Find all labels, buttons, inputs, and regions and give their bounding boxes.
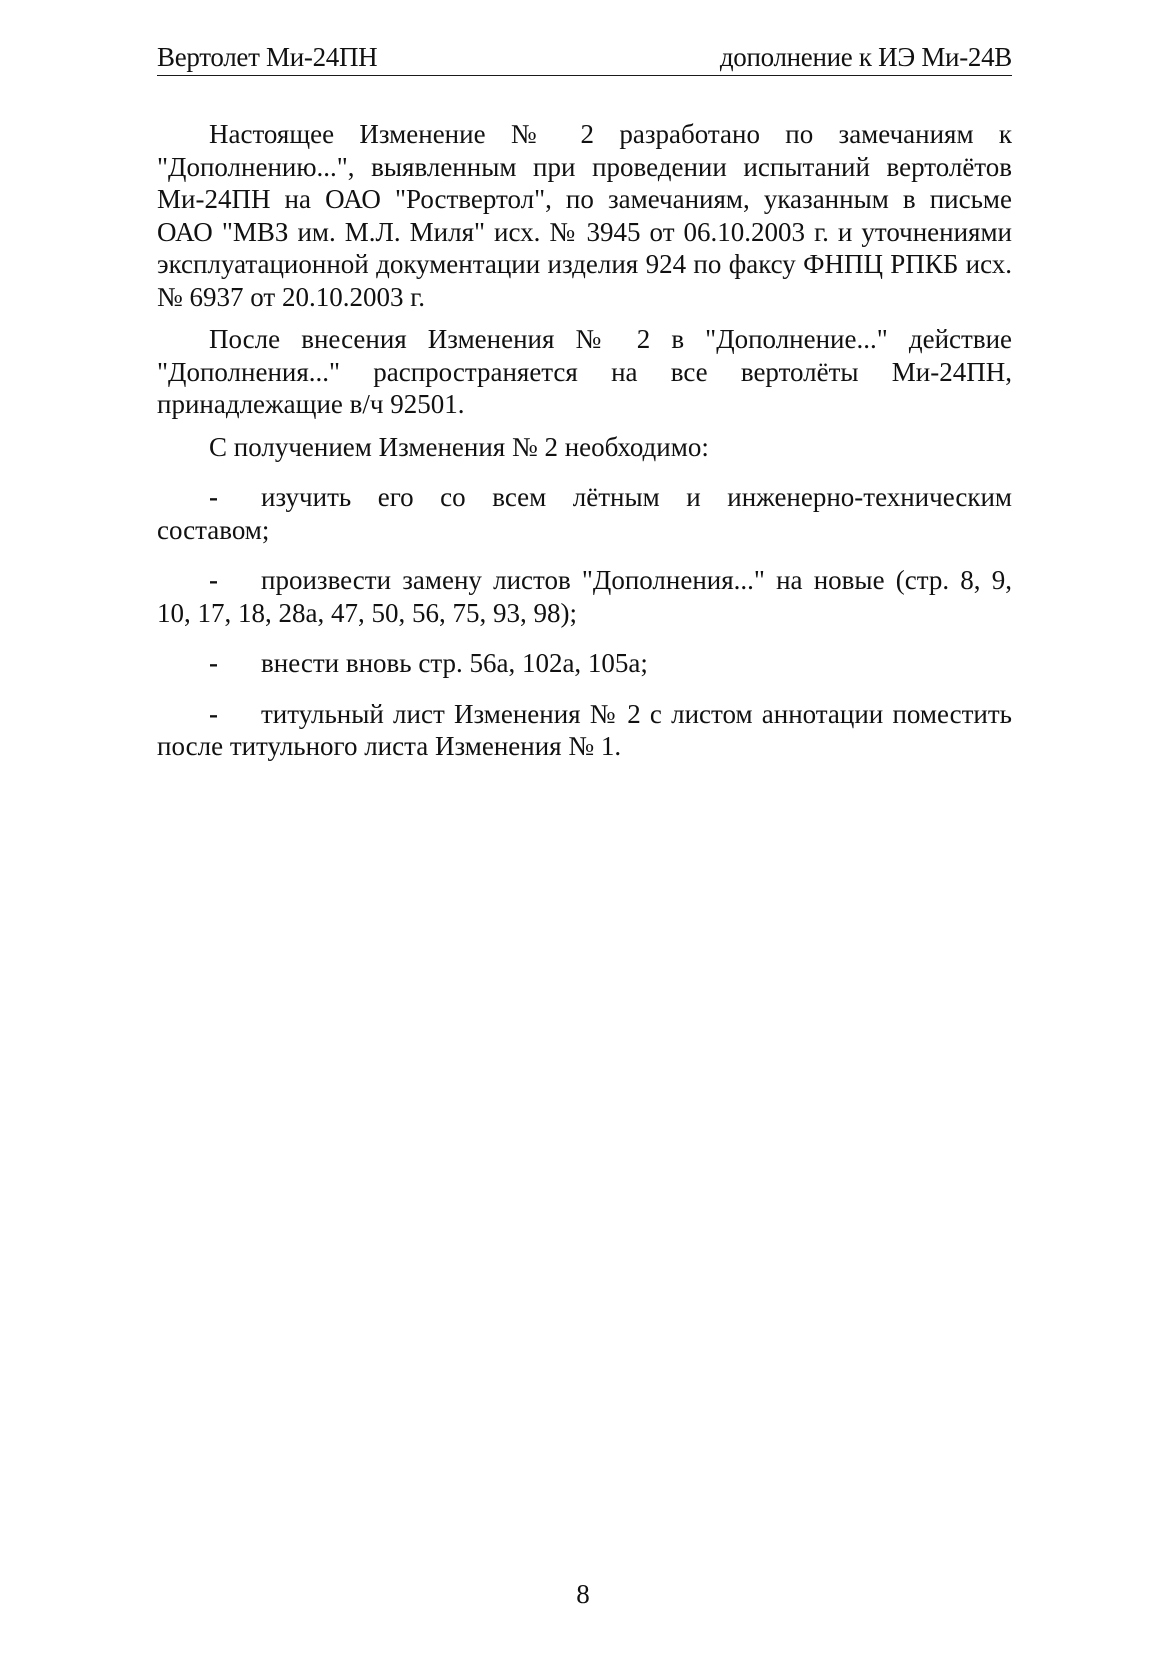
bullet-dash-icon: - [209,564,261,597]
bullet-dash-icon: - [209,481,261,514]
list-intro: С получением Изменения № 2 необходимо: [157,431,1012,464]
list-item-text: титульный лист Изменения № 2 с листом ан… [157,699,1012,762]
header-right-title: дополнение к ИЭ Ми-24В [720,41,1012,73]
list-item-text: изучить его со всем лётным и инженерно-т… [157,482,1012,545]
bullet-dash-icon: - [209,698,261,731]
page-number: 8 [0,1578,1166,1610]
paragraph-change-basis: Настоящее Изменение № 2 разработано по з… [157,118,1012,313]
header-left-title: Вертолет Ми-24ПН [157,41,377,73]
list-item-text: произвести замену листов "Дополнения..."… [157,565,1012,628]
list-item: -изучить его со всем лётным и инженерно-… [157,481,1012,546]
list-item: -произвести замену листов "Дополнения...… [157,564,1012,629]
list-item: -внести вновь стр. 56а, 102а, 105а; [157,647,1012,680]
page-header: Вертолет Ми-24ПН дополнение к ИЭ Ми-24В [157,38,1012,76]
paragraph-scope: После внесения Изменения № 2 в "Дополнен… [157,323,1012,421]
list-item: -титульный лист Изменения № 2 с листом а… [157,698,1012,763]
document-body: Настоящее Изменение № 2 разработано по з… [157,118,1012,781]
bullet-dash-icon: - [209,647,261,680]
list-item-text: внести вновь стр. 56а, 102а, 105а; [261,648,648,678]
